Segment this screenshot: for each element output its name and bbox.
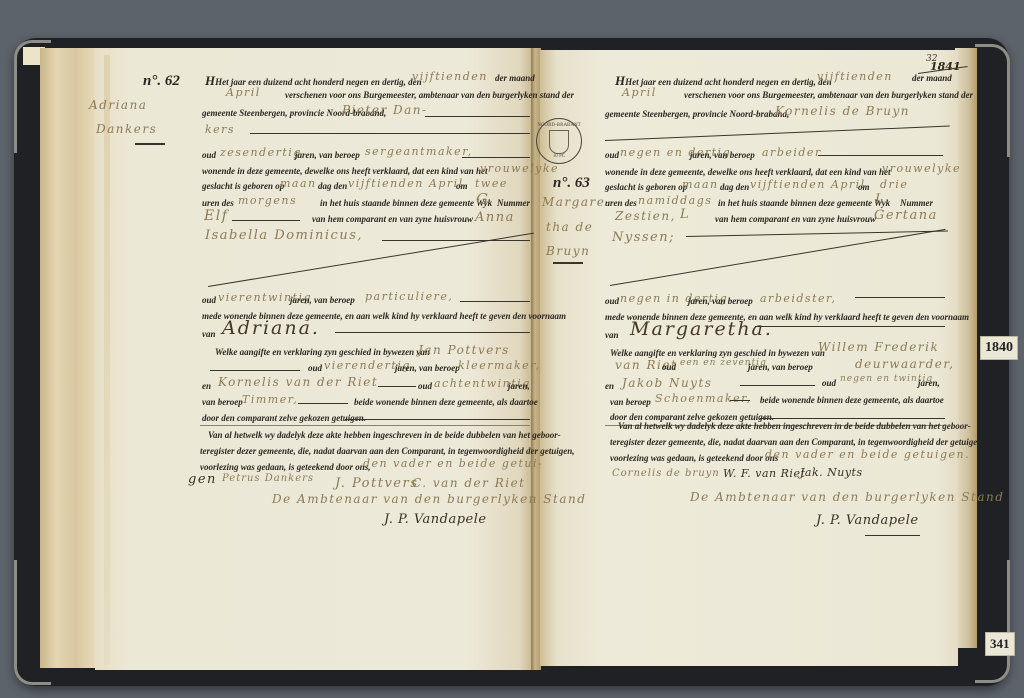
handwritten-date: vijftienden (817, 70, 893, 83)
printed-text: Van al hetwelk wy dadelyk deze akte hebb… (208, 430, 561, 440)
handwritten-date: vijftienden April (348, 177, 464, 190)
signature-witness1: W. F. van Riet (723, 467, 805, 480)
official-title: De Ambtenaar van den burgerlyken Stand (690, 490, 1004, 504)
handwritten-father: Kornelis de Bruyn (775, 104, 910, 118)
handwritten-closing: den vader en beide getui- (363, 457, 543, 470)
handwritten-sex: vrouwelyke (480, 162, 559, 175)
printed-text: van (605, 330, 619, 340)
printed-text: beide wonende binnen deze gemeente, als … (760, 395, 944, 405)
printed-text: jaren, (918, 378, 940, 388)
fill-rule (818, 155, 943, 156)
printed-text: jaren, van beroep (688, 296, 753, 306)
handwritten-mother: Nyssen; (612, 230, 675, 245)
printed-text: uren des (202, 198, 234, 208)
printed-text: om (858, 182, 870, 192)
printed-text: van beroep (202, 397, 243, 407)
handwritten-occupation: arbeider (762, 146, 822, 159)
metal-corner-bottom-right (975, 560, 1010, 683)
page-number-tab[interactable]: 341 (985, 632, 1015, 656)
handwritten-sex: vrouwelyke (882, 162, 961, 175)
printed-text: oud (662, 362, 676, 372)
handwritten-mother: Anna (475, 210, 515, 225)
fill-rule (232, 220, 300, 221)
printed-text: voorlezing was gedaan, is geteekend door… (610, 453, 778, 463)
fill-rule (250, 133, 530, 134)
handwritten-age: zesendertig (220, 146, 302, 159)
printed-text: oud (822, 378, 836, 388)
handwritten-father: kers (205, 123, 235, 136)
margin-rule (553, 262, 583, 264)
printed-text: teregister dezer gemeente, die, nadat da… (610, 437, 985, 447)
official-signature: J. P. Vandapele (384, 512, 487, 527)
signature-witness2: C. van der Riet (412, 476, 526, 490)
handwritten-hour: twee (475, 177, 508, 190)
handwritten-date: vijftienden (412, 70, 488, 83)
printed-text: Nummer (497, 198, 530, 208)
fill-rule (740, 385, 815, 386)
margin-rule (135, 143, 165, 145)
fill-rule (378, 386, 416, 387)
printed-text: oud (202, 150, 216, 160)
handwritten-wyk: G (476, 190, 489, 208)
year-tab[interactable]: 1840 (980, 336, 1018, 360)
printed-text: jaren, van beroep (290, 295, 355, 305)
act-number: n°. 63 (553, 175, 590, 192)
handwritten-occupation: particuliere, (365, 290, 453, 303)
printed-text: Nummer (900, 198, 933, 208)
printed-text: Welke aangifte en verklaring zyn geschie… (610, 348, 825, 358)
printed-text: voorlezing was gedaan, is geteekend door… (200, 462, 371, 472)
printed-text: van hem comparant en van zyne huisvrouw (715, 214, 876, 224)
printed-text: jaren, van beroep (690, 150, 755, 160)
handwritten-month: April (622, 86, 657, 99)
printed-text: geslacht is geboren op (202, 181, 284, 191)
handwritten-occupation: Timmer, (242, 393, 298, 406)
fill-rule (382, 240, 530, 241)
printed-text: jaren, van beroep (395, 363, 460, 373)
handwritten-time: namiddags (638, 194, 712, 207)
fill-rule (425, 116, 530, 117)
handwritten-witness: Willem Frederik (818, 340, 939, 354)
fill-rule (298, 403, 348, 404)
official-signature: J. P. Vandapele (816, 513, 919, 528)
handwritten-child-name: Margaretha. (630, 318, 773, 340)
fill-rule (730, 400, 750, 401)
printed-text: van beroep (610, 397, 651, 407)
handwritten-house-number: Elf (204, 208, 228, 224)
margin-name: Margare- (542, 195, 611, 209)
printed-text: van hem comparant en van zyne huisvrouw (312, 214, 473, 224)
margin-name: tha de (546, 220, 593, 234)
printed-text: oud (605, 296, 619, 306)
handwritten-wyk: L (875, 192, 885, 207)
handwritten-occupation: kleermaker, (458, 359, 541, 372)
printed-text: en (202, 381, 211, 391)
printed-text: jaren, (508, 381, 530, 391)
printed-text: in het huis staande binnen deze gemeente… (320, 198, 492, 208)
handwritten-mother: Isabella Dominicus, (205, 228, 363, 243)
printed-text: der maand (912, 73, 952, 83)
printed-text: oud (308, 363, 322, 373)
printed-text: gemeente Steenbergen, provincie Noord-br… (605, 109, 789, 119)
printed-text: in het huis staande binnen deze gemeente… (718, 198, 890, 208)
printed-text: dag den (720, 182, 749, 192)
printed-text: oud (418, 381, 432, 391)
handwritten-occupation: Schoenmaker, (655, 392, 752, 405)
handwritten-occupation: arbeidster, (760, 292, 837, 305)
signature-flourish (865, 535, 920, 536)
printed-text: teregister dezer gemeente, die, nadat da… (200, 446, 575, 456)
fill-rule (335, 332, 530, 333)
printed-text: van (202, 329, 216, 339)
handwritten-day: maan (682, 178, 719, 191)
printed-text: oud (605, 150, 619, 160)
printed-text: Welke aangifte en verklaring zyn geschie… (215, 347, 430, 357)
metal-corner-top-right (975, 44, 1010, 157)
fill-rule (345, 419, 530, 420)
printed-text: der maand (495, 73, 535, 83)
handwritten-house-number: Zestien, (615, 209, 676, 223)
printed-text: verschenen voor ons Burgemeester, ambten… (285, 90, 574, 100)
printed-text: verschenen voor ons Burgemeester, ambten… (684, 90, 973, 100)
margin-name: Bruyn (546, 244, 590, 258)
handwritten-child-name: Adriana. (222, 317, 320, 339)
coat-of-arms-icon (549, 130, 569, 154)
printed-text: oud (202, 295, 216, 305)
signature-witness1: J. Pottvers (335, 476, 418, 491)
printed-text: dag den (318, 181, 347, 191)
handwritten-mother: Gertana (874, 208, 938, 223)
printed-text: Van al hetwelk wy dadelyk deze akte hebb… (618, 421, 971, 431)
act-number: n°. 62 (143, 73, 180, 90)
fill-rule (210, 370, 300, 371)
handwritten-hour: drie (880, 178, 908, 191)
printed-text: en (605, 381, 614, 391)
handwritten-witness: Jakob Nuyts (622, 376, 712, 390)
handwritten-closing: den vader en beide getuigen. (765, 448, 970, 461)
printed-text: uren des (605, 198, 637, 208)
handwritten-witness: Jan Pottvers (418, 343, 510, 357)
handwritten-day: maan (280, 177, 317, 190)
fill-rule (462, 157, 530, 158)
printed-text: om (456, 181, 468, 191)
handwritten-closing: gen (188, 472, 217, 487)
handwritten-time: morgens (238, 194, 297, 207)
tax-stamp: NOORD-BRABANT 10 PC (536, 118, 582, 164)
printed-text: door den comparant zelve gekozen getuige… (202, 413, 366, 423)
printed-text: geslacht is geboren op (605, 182, 687, 192)
fill-rule (760, 418, 945, 419)
signature-father: Cornelis de bruyn (612, 468, 720, 479)
printed-text: beide wonende binnen deze gemeente, als … (354, 397, 538, 407)
handwritten-father: Pieter Dan- (342, 103, 428, 117)
printed-text: jaren, van beroep (748, 362, 813, 372)
section-rule (200, 425, 530, 426)
handwritten-wyk: L (680, 207, 690, 222)
printed-text: jaren, van beroep (295, 150, 360, 160)
fill-rule (755, 326, 945, 327)
fill-rule (855, 297, 945, 298)
handwritten-witness: Kornelis van der Riet (218, 375, 378, 389)
fill-rule (460, 301, 530, 302)
page-stack-right (955, 48, 977, 648)
printed-text: wonende in deze gemeente, dewelke ons he… (605, 167, 890, 177)
margin-name: Adriana (89, 98, 147, 112)
signature-witness2: Jak. Nuyts (800, 466, 863, 479)
printed-text: wonende in deze gemeente, dewelke ons he… (202, 166, 487, 176)
handwritten-date: vijftienden April (750, 178, 866, 191)
page-edge-stain (104, 55, 110, 665)
handwritten-occupation: sergeantmaker, (365, 145, 473, 158)
official-title: De Ambtenaar van den burgerlyken Stand (272, 492, 586, 506)
handwritten-month: April (226, 86, 261, 99)
margin-name: Dankers (96, 122, 157, 136)
handwritten-occupation: deurwaarder, (855, 357, 955, 371)
signature-father: Petrus Dankers (222, 473, 314, 484)
